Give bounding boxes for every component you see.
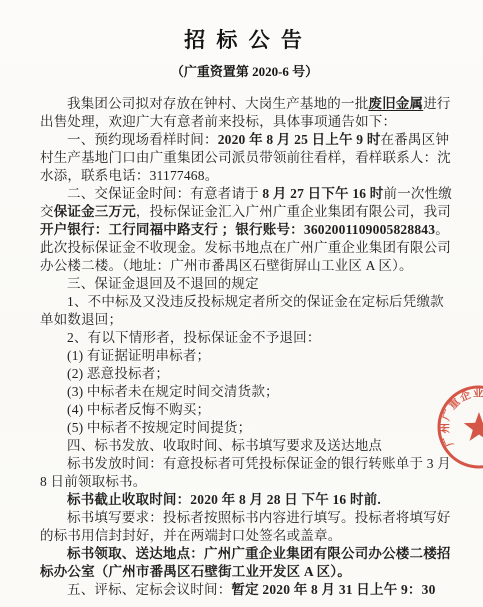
text-segment: 2、有以下情形者，投标保证金不予退回： (67, 330, 321, 345)
text-line: 我集团公司拟对存放在钟村、大岗生产基地的一批废旧金属进行 (40, 95, 449, 113)
text-segment: 五、评标、定标会议时间： (67, 582, 231, 597)
text-segment: 我集团公司拟对存放在钟村、大岗生产基地的一批 (67, 96, 368, 111)
text-segment: 村生产基地门口由广重集团公司派员带领前往看样，看样联系人：沈 (40, 150, 451, 165)
text-line: (5) 中标者不按规定时间提货； (40, 419, 449, 437)
text-segment: 水添，联系电话：31177468。 (40, 168, 218, 183)
text-line: 五、评标、定标会议时间：暂定 2020 年 8 月 31 日上午 9：30 (40, 581, 449, 599)
text-segment: 8 日前领取标书。 (40, 474, 146, 489)
document-body: 我集团公司拟对存放在钟村、大岗生产基地的一批废旧金属进行出售处理，欢迎广大有意者… (40, 95, 449, 599)
text-line: 开户银行：工行同福中路支行 ；银行账号：3602001109005828843。 (40, 221, 449, 239)
text-segment: 前一次性缴 (384, 186, 453, 201)
text-segment: 此次投标保证金不收现金。发标书地点在广州广重企业集团有限公司 (40, 240, 451, 255)
text-segment: 开户银行：工行同福中路支行 ；银行账号：3602001109005828843 (40, 222, 435, 237)
text-line: 8 日前领取标书。 (40, 473, 449, 491)
text-line: 单如数退回； (40, 311, 449, 329)
text-segment: 二、交保证金时间：有意者请于 (67, 186, 262, 201)
text-segment: 标书发放时间：有意投标者可凭投标保证金的银行转账单于 3 月 (67, 456, 451, 471)
text-segment: 三、保证金退回及不退回的规定 (67, 276, 259, 291)
text-segment: 。 (435, 222, 449, 237)
text-segment: 单如数退回； (40, 312, 122, 327)
text-line: 2、有以下情形者，投标保证金不予退回： (40, 329, 449, 347)
text-segment: 标办公室（广州市番禺区石壁街工业开发区 A 区）。 (40, 564, 351, 579)
text-line: 水添，联系电话：31177468。 (40, 167, 449, 185)
text-segment: 1、不中标及又没违反投标规定者所交的保证金在定标后凭缴款 (67, 294, 444, 309)
seal-star-icon (464, 412, 483, 441)
text-line: 办公楼二楼。（地址：广州市番禺区石壁街屏山工业区 A 区）。 (40, 257, 449, 275)
text-line: 四、标书发放、收取时间、标书填写要求及送达地点 (40, 437, 449, 455)
text-line: (4) 中标者反悔不购买； (40, 401, 449, 419)
text-segment: 标书领取、送达地点：广州广重企业集团有限公司办公楼二楼招 (67, 546, 451, 561)
text-line: 标书发放时间：有意投标者可凭投标保证金的银行转账单于 3 月 (40, 455, 449, 473)
text-line: 出售处理，欢迎广大有意者前来投标，具体事项通告如下： (40, 113, 449, 131)
document-title: 招 标 公 告 (40, 24, 449, 54)
text-segment: 办公楼二楼。（地址：广州市番禺区石壁街屏山工业区 A 区）。 (40, 258, 413, 273)
document-page: 招 标 公 告 （广重资置第 2020-6 号） 我集团公司拟对存放在钟村、大岗… (0, 0, 483, 607)
text-line: 标书领取、送达地点：广州广重企业集团有限公司办公楼二楼招 (40, 545, 449, 563)
text-segment: 8 月 27 日下午 16 时 (262, 186, 383, 201)
text-segment: (4) 中标者反悔不购买； (67, 402, 210, 417)
text-line: (2) 恶意投标者； (40, 365, 449, 383)
text-line: 一、预约现场看样时间：2020 年 8 月 25 日上午 9 时在番禺区钟 (40, 131, 449, 149)
text-segment: 进行 (423, 96, 450, 111)
text-segment: 废旧金属 (368, 96, 423, 111)
text-segment: 保证金三万元 (54, 204, 136, 219)
text-segment: 的标书用信封封好，并在两端封口处签名或盖章。 (40, 528, 341, 543)
text-segment: 标书填写要求：投标者按照标书内容进行填写。投标者将填写好 (67, 510, 451, 525)
text-segment: 暂定 2020 年 8 月 31 日上午 9：30 (231, 582, 435, 597)
text-line: 此次投标保证金不收现金。发标书地点在广州广重企业集团有限公司 (40, 239, 449, 257)
text-segment: (5) 中标者不按规定时间提货； (67, 420, 251, 435)
text-segment: 标书截止收取时间：2020 年 8 月 28 日 下午 16 时前. (67, 492, 381, 507)
text-line: 标书截止收取时间：2020 年 8 月 28 日 下午 16 时前. (40, 491, 449, 509)
text-segment: 2020 年 8 月 25 日上午 9 时 (218, 132, 381, 147)
text-line: 的标书用信封封好，并在两端封口处签名或盖章。 (40, 527, 449, 545)
text-line: (1) 有证据证明串标者； (40, 347, 449, 365)
text-line: 标办公室（广州市番禺区石壁街工业开发区 A 区）。 (40, 563, 449, 581)
text-segment: ，投标保证金汇入广州广重企业集团有限公司，我司 (136, 204, 451, 219)
text-segment: 在番禺区钟 (381, 132, 450, 147)
text-segment: (3) 中标者未在规定时间交清货款； (67, 384, 279, 399)
text-line: 交保证金三万元，投标保证金汇入广州广重企业集团有限公司，我司 (40, 203, 449, 221)
text-segment: 交 (40, 204, 54, 219)
text-segment: (2) 恶意投标者； (67, 366, 169, 381)
text-line: 二、交保证金时间：有意者请于 8 月 27 日下午 16 时前一次性缴 (40, 185, 449, 203)
text-line: 1、不中标及又没违反投标规定者所交的保证金在定标后凭缴款 (40, 293, 449, 311)
text-line: 村生产基地门口由广重集团公司派员带领前往看样，看样联系人：沈 (40, 149, 449, 167)
document-number: （广重资置第 2020-6 号） (40, 61, 449, 80)
text-line: 三、保证金退回及不退回的规定 (40, 275, 449, 293)
text-line: (3) 中标者未在规定时间交清货款； (40, 383, 449, 401)
text-segment: 一、预约现场看样时间： (67, 132, 218, 147)
text-segment: (1) 有证据证明串标者； (67, 348, 210, 363)
text-segment: 四、标书发放、收取时间、标书填写要求及送达地点 (67, 438, 382, 453)
text-segment: 出售处理，欢迎广大有意者前来投标，具体事项通告如下： (40, 114, 396, 129)
text-line: 标书填写要求：投标者按照标书内容进行填写。投标者将填写好 (40, 509, 449, 527)
